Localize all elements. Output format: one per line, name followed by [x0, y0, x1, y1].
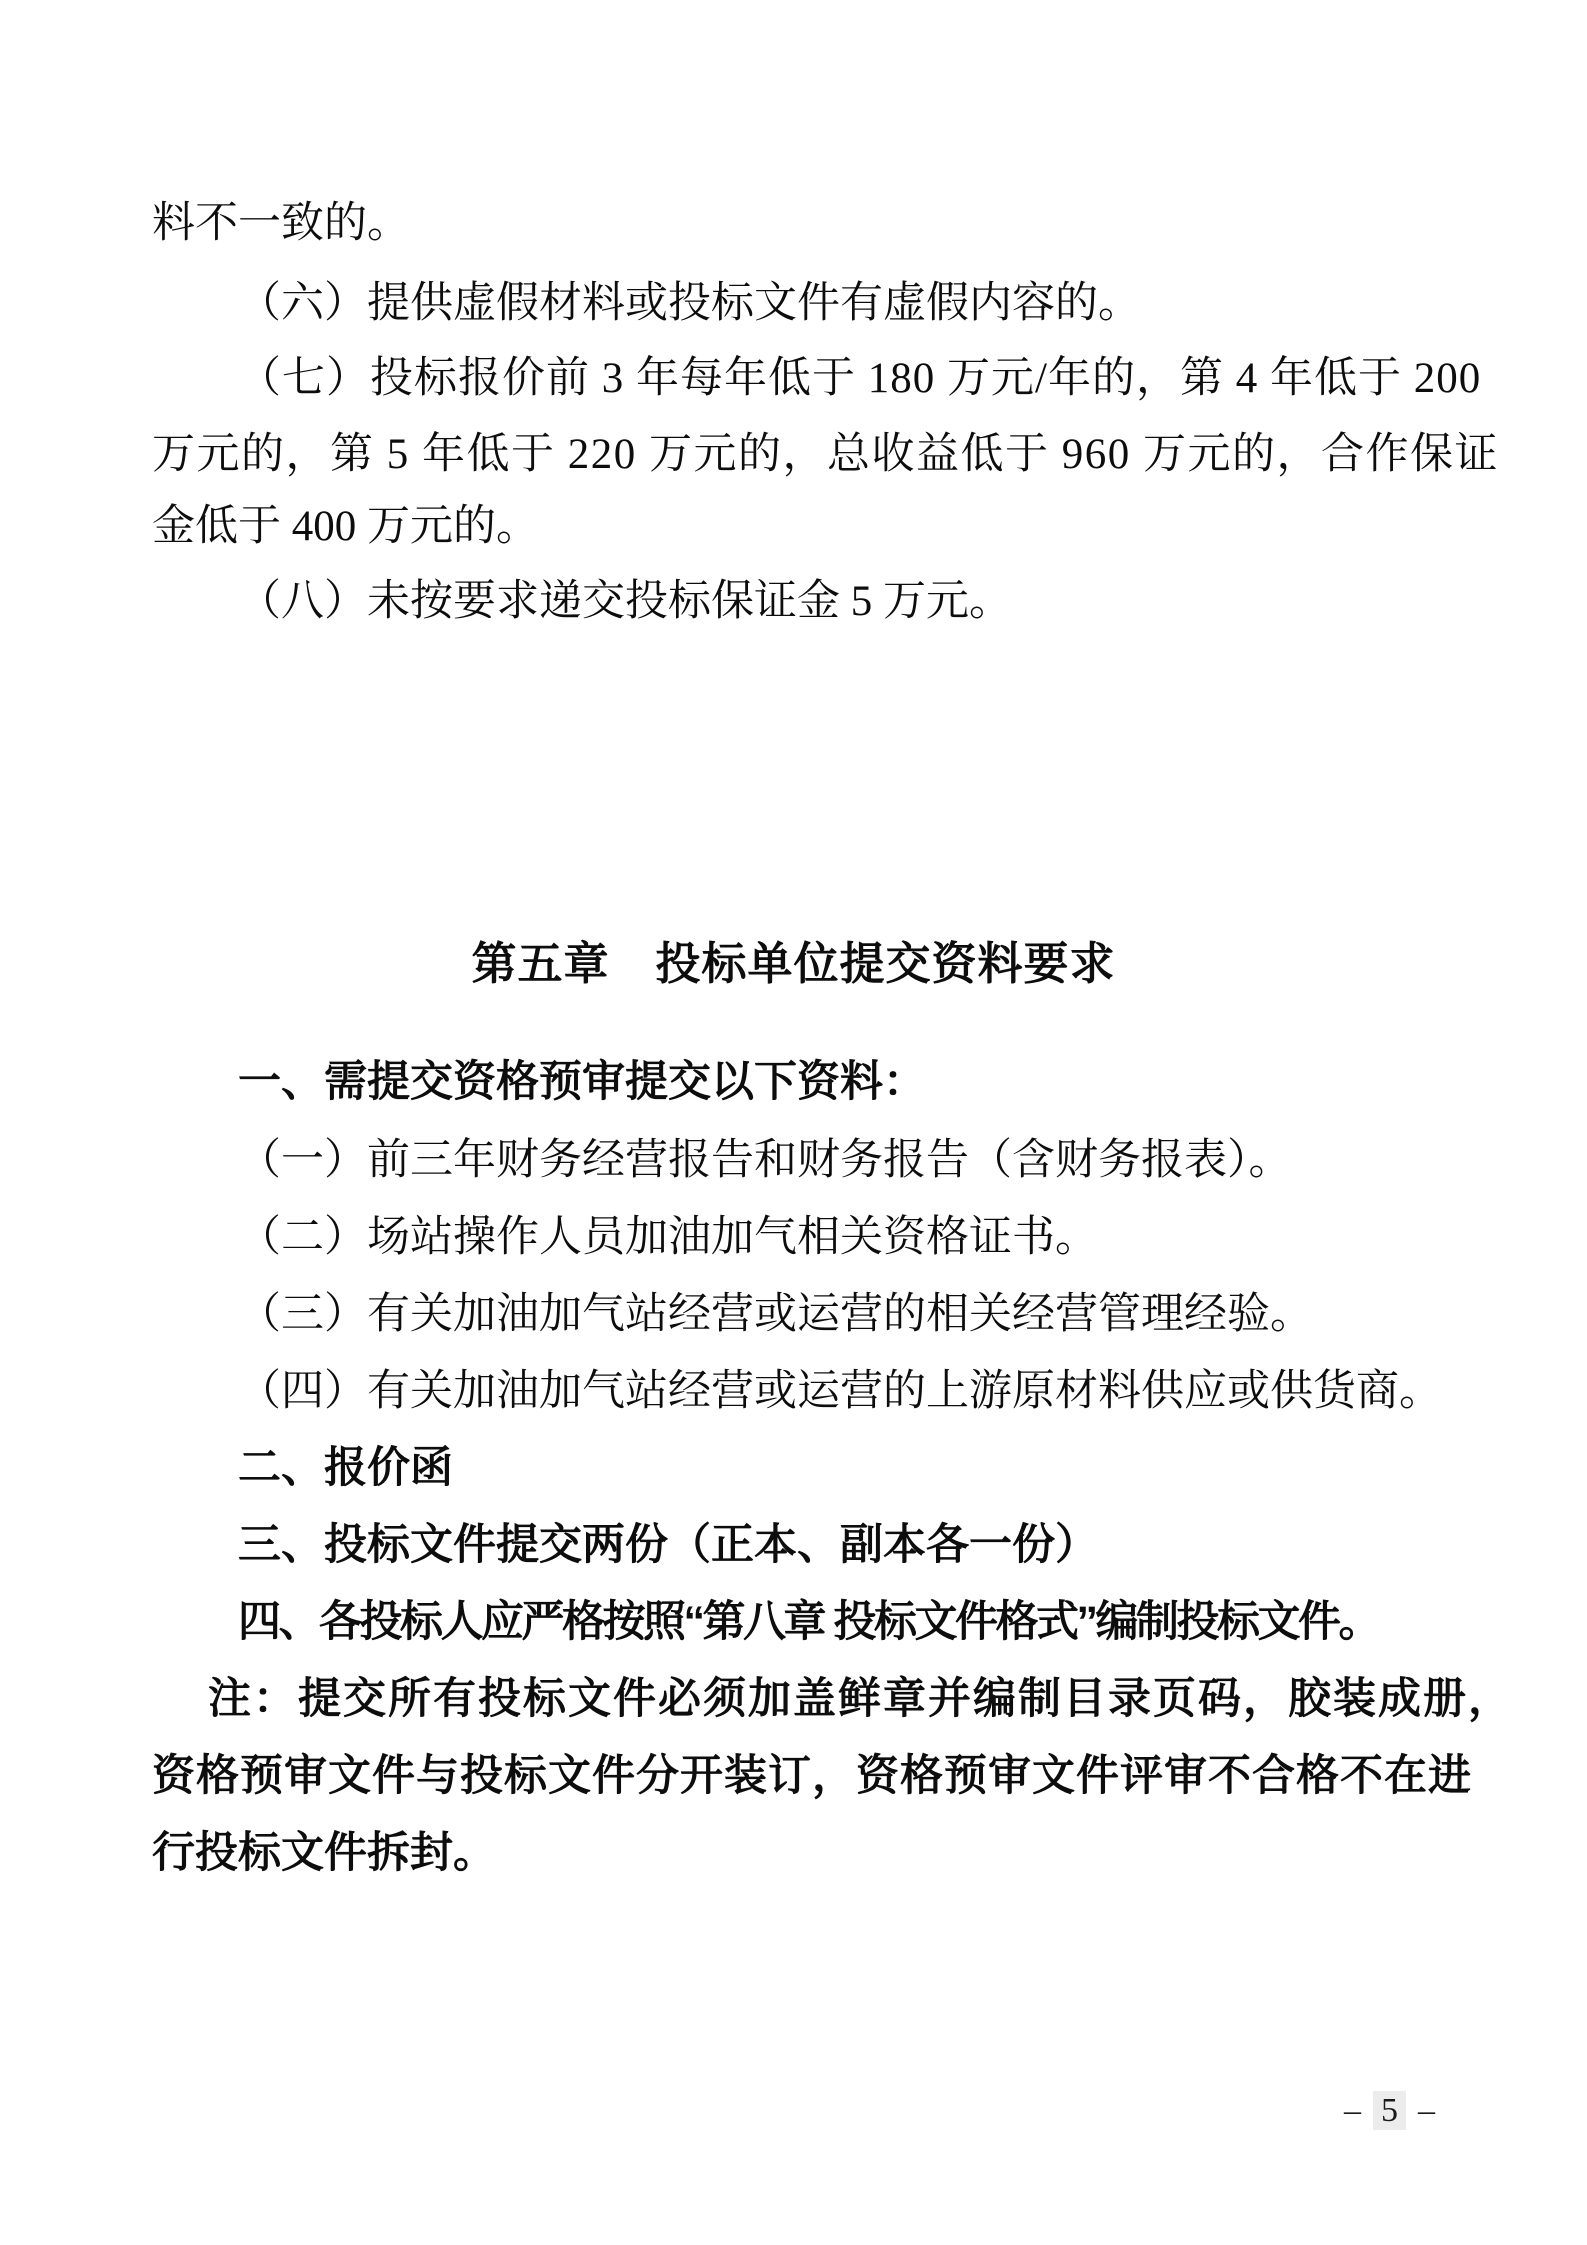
requirement-item-1: （一）前三年财务经营报告和财务报告（含财务报表）。: [238, 1134, 1292, 1188]
page-number-dash-right: –: [1418, 2092, 1435, 2129]
clause-item-7-line-3: 金低于 400 万元的。: [152, 500, 539, 554]
paragraph-tail-line: 料不一致的。: [152, 197, 410, 251]
requirement-item-3: （三）有关加油加气站经营或运营的相关经营管理经验。: [238, 1288, 1313, 1342]
page-number: 5: [1373, 2091, 1406, 2130]
note-line-1: 注：提交所有投标文件必须加盖鲜章并编制目录页码，胶装成册，: [208, 1673, 1513, 1727]
clause-item-7-line-2: 万元的，第 5 年低于 220 万元的，总收益低于 960 万元的，合作保证: [152, 428, 1499, 482]
requirement-heading-four: 四、各投标人应严格按照“第八章 投标文件格式”编制投标文件。: [238, 1596, 1379, 1650]
clause-item-6: （六）提供虚假材料或投标文件有虚假内容的。: [238, 277, 1141, 331]
requirement-heading-two: 二、报价函: [238, 1442, 453, 1496]
clause-item-7-line-1: （七）投标报价前 3 年每年低于 180 万元/年的，第 4 年低于 200: [238, 352, 1481, 406]
note-line-2: 资格预审文件与投标文件分开装订，资格预审文件评审不合格不在进: [152, 1750, 1472, 1804]
requirement-heading-one: 一、需提交资格预审提交以下资料：: [238, 1056, 926, 1110]
note-line-3: 行投标文件拆封。: [152, 1827, 496, 1881]
requirement-item-4: （四）有关加油加气站经营或运营的上游原材料供应或供货商。: [238, 1365, 1442, 1419]
chapter-title: 第五章 投标单位提交资料要求: [0, 936, 1587, 992]
page-number-dash-left: –: [1344, 2092, 1361, 2129]
requirement-item-2: （二）场站操作人员加油加气相关资格证书。: [238, 1211, 1098, 1265]
clause-item-8: （八）未按要求递交投标保证金 5 万元。: [238, 575, 1012, 629]
page-footer: –5–: [152, 2092, 1435, 2130]
document-page: 料不一致的。 （六）提供虚假材料或投标文件有虚假内容的。 （七）投标报价前 3 …: [0, 0, 1587, 2245]
requirement-heading-three: 三、投标文件提交两份（正本、副本各一份）: [238, 1519, 1098, 1573]
